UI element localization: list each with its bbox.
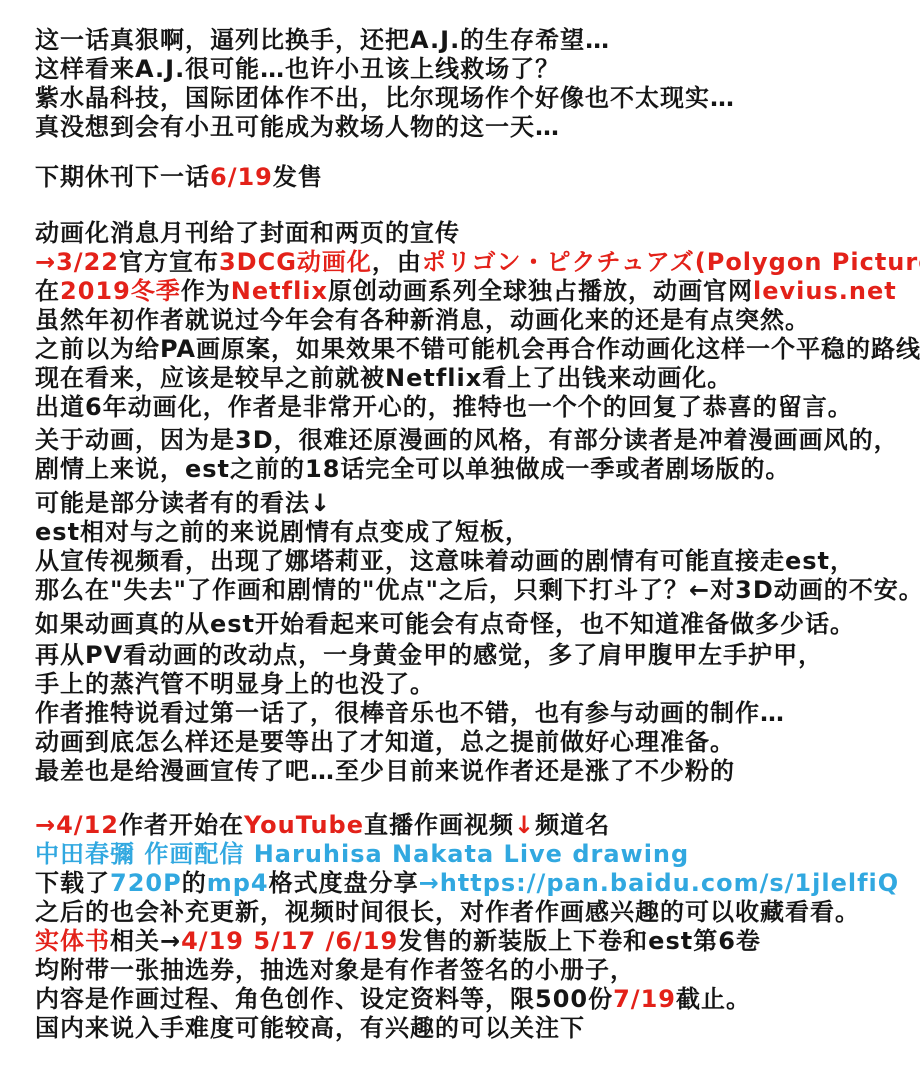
text-line: 虽然年初作者就说过今年会有各种新消息，动画化来的还是有点突然。: [35, 306, 910, 335]
text-segment: 720P: [110, 869, 182, 897]
text-line: →4/12作者开始在YouTube直播作画视频↓频道名: [35, 811, 910, 840]
text-line: 这一话真狠啊，逼列比换手，还把A.J.的生存希望…: [35, 26, 910, 55]
text-segment: 国内来说入手难度可能较高，有兴趣的可以关注下: [35, 1014, 585, 1042]
text-line: 动画到底怎么样还是要等出了才知道，总之提前做好心理准备。: [35, 728, 910, 757]
text-line: 手上的蒸汽管不明显身上的也没了。: [35, 670, 910, 699]
text-line: 那么在"失去"了作画和剧情的"优点"之后，只剩下打斗了？←对3D动画的不安。: [35, 576, 910, 605]
text-line: 最差也是给漫画宣传了吧…至少目前来说作者还是涨了不少粉的: [35, 757, 910, 786]
text-line: 内容是作画过程、角色创作、设定资料等，限500份7/19截止。: [35, 985, 910, 1014]
text-segment: YouTube: [244, 811, 364, 839]
text-segment: levius.net: [753, 277, 897, 305]
text-segment: ↓: [514, 811, 535, 839]
text-segment: 实体书: [35, 927, 110, 955]
text-segment: 均附带一张抽选券，抽选对象是有作者签名的小册子，: [35, 956, 635, 984]
text-segment: →: [419, 869, 440, 897]
text-segment: 手上的蒸汽管不明显身上的也没了。: [35, 670, 435, 698]
text-segment: 频道名: [535, 811, 610, 839]
text-segment: ポリゴン・ピクチュアズ(Polygon Pictures): [422, 248, 920, 276]
text-segment: 剧情上来说，est之前的18话完全可以单独做成一季或者剧场版的。: [35, 455, 790, 483]
text-line: 动画化消息月刊给了封面和两页的宣传: [35, 219, 910, 248]
text-line: 均附带一张抽选券，抽选对象是有作者签名的小册子，: [35, 956, 910, 985]
text-segment: 6/19: [210, 163, 273, 191]
text-line: 中田春彌 作画配信 Haruhisa Nakata Live drawing: [35, 840, 910, 869]
text-segment: 那么在"失去"了作画和剧情的"优点"之后，只剩下打斗了？←对3D动画的不安。: [35, 576, 920, 604]
text-segment: 之前以为给PA画原案，如果效果不错可能机会再合作动画化这样一个平稳的路线。: [35, 335, 920, 363]
text-segment: 动画到底怎么样还是要等出了才知道，总之提前做好心理准备。: [35, 728, 735, 756]
text-segment: 下载了: [35, 869, 110, 897]
url-link-text[interactable]: https://pan.baidu.com/s/1jlelfiQ: [440, 869, 899, 897]
text-segment: 原创动画系列全球独占播放，动画官网: [328, 277, 753, 305]
text-line: 如果动画真的从est开始看起来可能会有点奇怪，也不知道准备做多少话。: [35, 610, 910, 639]
text-segment: 再从PV看动画的改动点，一身黄金甲的感觉，多了肩甲腹甲左手护甲，: [35, 641, 823, 669]
text-segment: 发售的新装版上下卷和est第6卷: [398, 927, 761, 955]
text-segment: 现在看来，应该是较早之前就被Netflix看上了出钱来动画化。: [35, 364, 732, 392]
text-segment: 从宣传视频看，出现了娜塔莉亚，这意味着动画的剧情有可能直接走est，: [35, 547, 855, 575]
text-segment: 4/19 5/17 /6/19: [181, 927, 398, 955]
text-segment: 发售: [273, 163, 323, 191]
text-segment: 相关→: [110, 927, 181, 955]
text-segment: →4/12: [35, 811, 119, 839]
text-segment: 7/19: [613, 985, 676, 1013]
text-line: 下期休刊下一话6/19发售: [35, 163, 910, 192]
text-segment: 真没想到会有小丑可能成为救场人物的这一天…: [35, 113, 560, 141]
text-segment: 2019冬季: [60, 277, 181, 305]
text-segment: 3DCG动画化: [219, 248, 372, 276]
text-line: 关于动画，因为是3D，很难还原漫画的风格，有部分读者是冲着漫画画风的，: [35, 426, 910, 455]
text-segment: 截止。: [676, 985, 751, 1013]
text-line: 下载了720P的mp4格式度盘分享→https://pan.baidu.com/…: [35, 869, 910, 898]
text-line: 从宣传视频看，出现了娜塔莉亚，这意味着动画的剧情有可能直接走est，: [35, 547, 910, 576]
text-segment: 内容是作画过程、角色创作、设定资料等，限500份: [35, 985, 613, 1013]
text-line: 再从PV看动画的改动点，一身黄金甲的感觉，多了肩甲腹甲左手护甲，: [35, 641, 910, 670]
document-body: 这一话真狠啊，逼列比换手，还把A.J.的生存希望…这样看来A.J.很可能…也许小…: [0, 0, 920, 1043]
text-line: 作者推特说看过第一话了，很棒音乐也不错，也有参与动画的制作…: [35, 699, 910, 728]
text-segment: 紫水晶科技，国际团体作不出，比尔现场作个好像也不太现实…: [35, 84, 735, 112]
text-segment: →3/22: [35, 248, 119, 276]
text-segment: 在: [35, 277, 60, 305]
text-segment: 动画化消息月刊给了封面和两页的宣传: [35, 219, 460, 247]
text-segment: 作者推特说看过第一话了，很棒音乐也不错，也有参与动画的制作…: [35, 699, 785, 727]
text-line: 可能是部分读者有的看法↓: [35, 489, 910, 518]
text-segment: 的: [182, 869, 207, 897]
text-segment: 中田春彌 作画配信 Haruhisa Nakata Live drawing: [35, 840, 689, 868]
text-segment: 这一话真狠啊，逼列比换手，还把A.J.的生存希望…: [35, 26, 610, 54]
text-line: 紫水晶科技，国际团体作不出，比尔现场作个好像也不太现实…: [35, 84, 910, 113]
text-segment: 可能是部分读者有的看法↓: [35, 489, 331, 517]
text-line: 真没想到会有小丑可能成为救场人物的这一天…: [35, 113, 910, 142]
text-line: 剧情上来说，est之前的18话完全可以单独做成一季或者剧场版的。: [35, 455, 910, 484]
text-line: →3/22官方宣布3DCG动画化，由ポリゴン・ピクチュアズ(Polygon Pi…: [35, 248, 910, 277]
text-segment: 这样看来A.J.很可能…也许小丑该上线救场了？: [35, 55, 560, 83]
text-segment: 最差也是给漫画宣传了吧…至少目前来说作者还是涨了不少粉的: [35, 757, 735, 785]
text-segment: Netflix: [231, 277, 328, 305]
text-segment: est相对与之前的来说剧情有点变成了短板，: [35, 518, 530, 546]
text-line: 出道6年动画化，作者是非常开心的，推特也一个个的回复了恭喜的留言。: [35, 393, 910, 422]
text-line: 国内来说入手难度可能较高，有兴趣的可以关注下: [35, 1014, 910, 1043]
text-segment: 之后的也会补充更新，视频时间很长，对作者作画感兴趣的可以收藏看看。: [35, 898, 860, 926]
text-segment: 虽然年初作者就说过今年会有各种新消息，动画化来的还是有点突然。: [35, 306, 810, 334]
text-line: est相对与之前的来说剧情有点变成了短板，: [35, 518, 910, 547]
text-segment: ，由: [372, 248, 422, 276]
text-line: 这样看来A.J.很可能…也许小丑该上线救场了？: [35, 55, 910, 84]
text-segment: 作为: [181, 277, 231, 305]
text-line: 之后的也会补充更新，视频时间很长，对作者作画感兴趣的可以收藏看看。: [35, 898, 910, 927]
text-segment: 格式度盘分享: [269, 869, 419, 897]
text-segment: 如果动画真的从est开始看起来可能会有点奇怪，也不知道准备做多少话。: [35, 610, 855, 638]
text-line: 实体书相关→4/19 5/17 /6/19发售的新装版上下卷和est第6卷: [35, 927, 910, 956]
text-segment: 下期休刊下一话: [35, 163, 210, 191]
text-line: 之前以为给PA画原案，如果效果不错可能机会再合作动画化这样一个平稳的路线。: [35, 335, 910, 364]
text-line: 现在看来，应该是较早之前就被Netflix看上了出钱来动画化。: [35, 364, 910, 393]
text-segment: 作者开始在: [119, 811, 244, 839]
text-segment: 出道6年动画化，作者是非常开心的，推特也一个个的回复了恭喜的留言。: [35, 393, 853, 421]
text-segment: 官方宣布: [119, 248, 219, 276]
text-segment: mp4: [207, 869, 269, 897]
text-segment: 直播作画视频: [364, 811, 514, 839]
text-line: 在2019冬季作为Netflix原创动画系列全球独占播放，动画官网levius.…: [35, 277, 910, 306]
page: { "colors": { "black": "#151515", "red":…: [0, 0, 920, 1092]
text-segment: 关于动画，因为是3D，很难还原漫画的风格，有部分读者是冲着漫画画风的，: [35, 426, 899, 454]
